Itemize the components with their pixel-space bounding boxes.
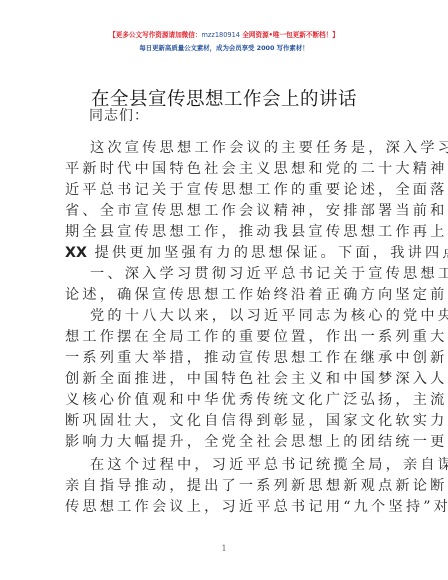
text-line: 亲自指导推动，提出了一系列新思想新观点新论断。在全国宣 [65, 476, 383, 497]
salutation: 同志们： [89, 106, 149, 127]
paragraph-achievements: 党的十八大以来，以习近平同志为核心的党中央把宣传思 想工作摆在全局工作的重要位置… [65, 306, 383, 453]
promo-header-prefix: 【更多公文写作资源请加微信： [109, 31, 201, 39]
text-line: 断巩固壮大，文化自信得到彰显，国家文化软实力和中华文化 [65, 411, 383, 432]
page-number: 1 [0, 543, 448, 555]
document-page: 【更多公文写作资源请加微信：mzz180914 全网资源•唯一包更新不断档！】 … [0, 0, 448, 580]
text-line: 在这个过程中，习近平总书记统揽全局，亲自谋划部署、 [65, 455, 383, 476]
paragraph-process: 在这个过程中，习近平总书记统揽全局，亲自谋划部署、 亲自指导推动，提出了一系列新… [65, 455, 383, 518]
document-title: 在全县宣传思想工作会上的讲话 [0, 88, 448, 112]
text-line: 这次宣传思想工作会议的主要任务是，深入学习贯彻习近 [65, 138, 383, 159]
promo-header-suffix: 全网资源•唯一包更新不断档！】 [240, 31, 339, 39]
text-line: 影响力大幅提升，全党全社会思想上的团结统一更加巩固。 [65, 432, 383, 453]
text-line: 创新全面推进，中国特色社会主义和中国梦深入人心，社会主 [65, 369, 383, 390]
text-line: 近平总书记关于宣传思想工作的重要论述，全面落实全国、全 [65, 180, 383, 201]
text-line: 党的十八大以来，以习近平同志为核心的党中央把宣传思 [65, 306, 383, 327]
text-line: XX 提供更加坚强有力的思想保证。下面，我讲四点意见。 [65, 243, 383, 264]
text-line: 一系列重大举措，推动宣传思想工作在继承中创新，党的理论 [65, 348, 383, 369]
text-line: 期全县宣传思想工作，推动我县宣传思想工作再上新台阶，为 [65, 222, 383, 243]
paragraph-intro: 这次宣传思想工作会议的主要任务是，深入学习贯彻习近 平新时代中国特色社会主义思想… [65, 138, 383, 264]
promo-header-line-2: 每日更新高质量公文素材，成为会员享受 2000 写作素材！ [0, 43, 448, 53]
text-line: 论述，确保宣传思想工作始终沿着正确方向坚定前行 [65, 285, 383, 306]
text-line: 传思想工作会议上，习近平总书记用“九个坚持”对这些新思 [65, 497, 383, 518]
text-line: 义核心价值观和中华优秀传统文化广泛弘扬，主流思想舆论不 [65, 390, 383, 411]
text-line-rest: 提供更加坚强有力的思想保证。下面，我讲四点意见。 [95, 245, 448, 261]
wechat-id: mzz180914 [201, 31, 240, 39]
text-line: 平新时代中国特色社会主义思想和党的二十大精神，特别是习 [65, 159, 383, 180]
text-line: 想工作摆在全局工作的重要位置，作出一系列重大决策、实施 [65, 327, 383, 348]
text-line: 一、深入学习贯彻习近平总书记关于宣传思想工作的重要 [65, 264, 383, 285]
promo-header-line-1: 【更多公文写作资源请加微信：mzz180914 全网资源•唯一包更新不断档！】 [0, 30, 448, 40]
section-heading-1: 一、深入学习贯彻习近平总书记关于宣传思想工作的重要 论述，确保宣传思想工作始终沿… [65, 264, 383, 306]
text-line: 省、全市宣传思想工作会议精神，安排部署当前和今后一个时 [65, 201, 383, 222]
placeholder-xx: XX [65, 245, 87, 261]
